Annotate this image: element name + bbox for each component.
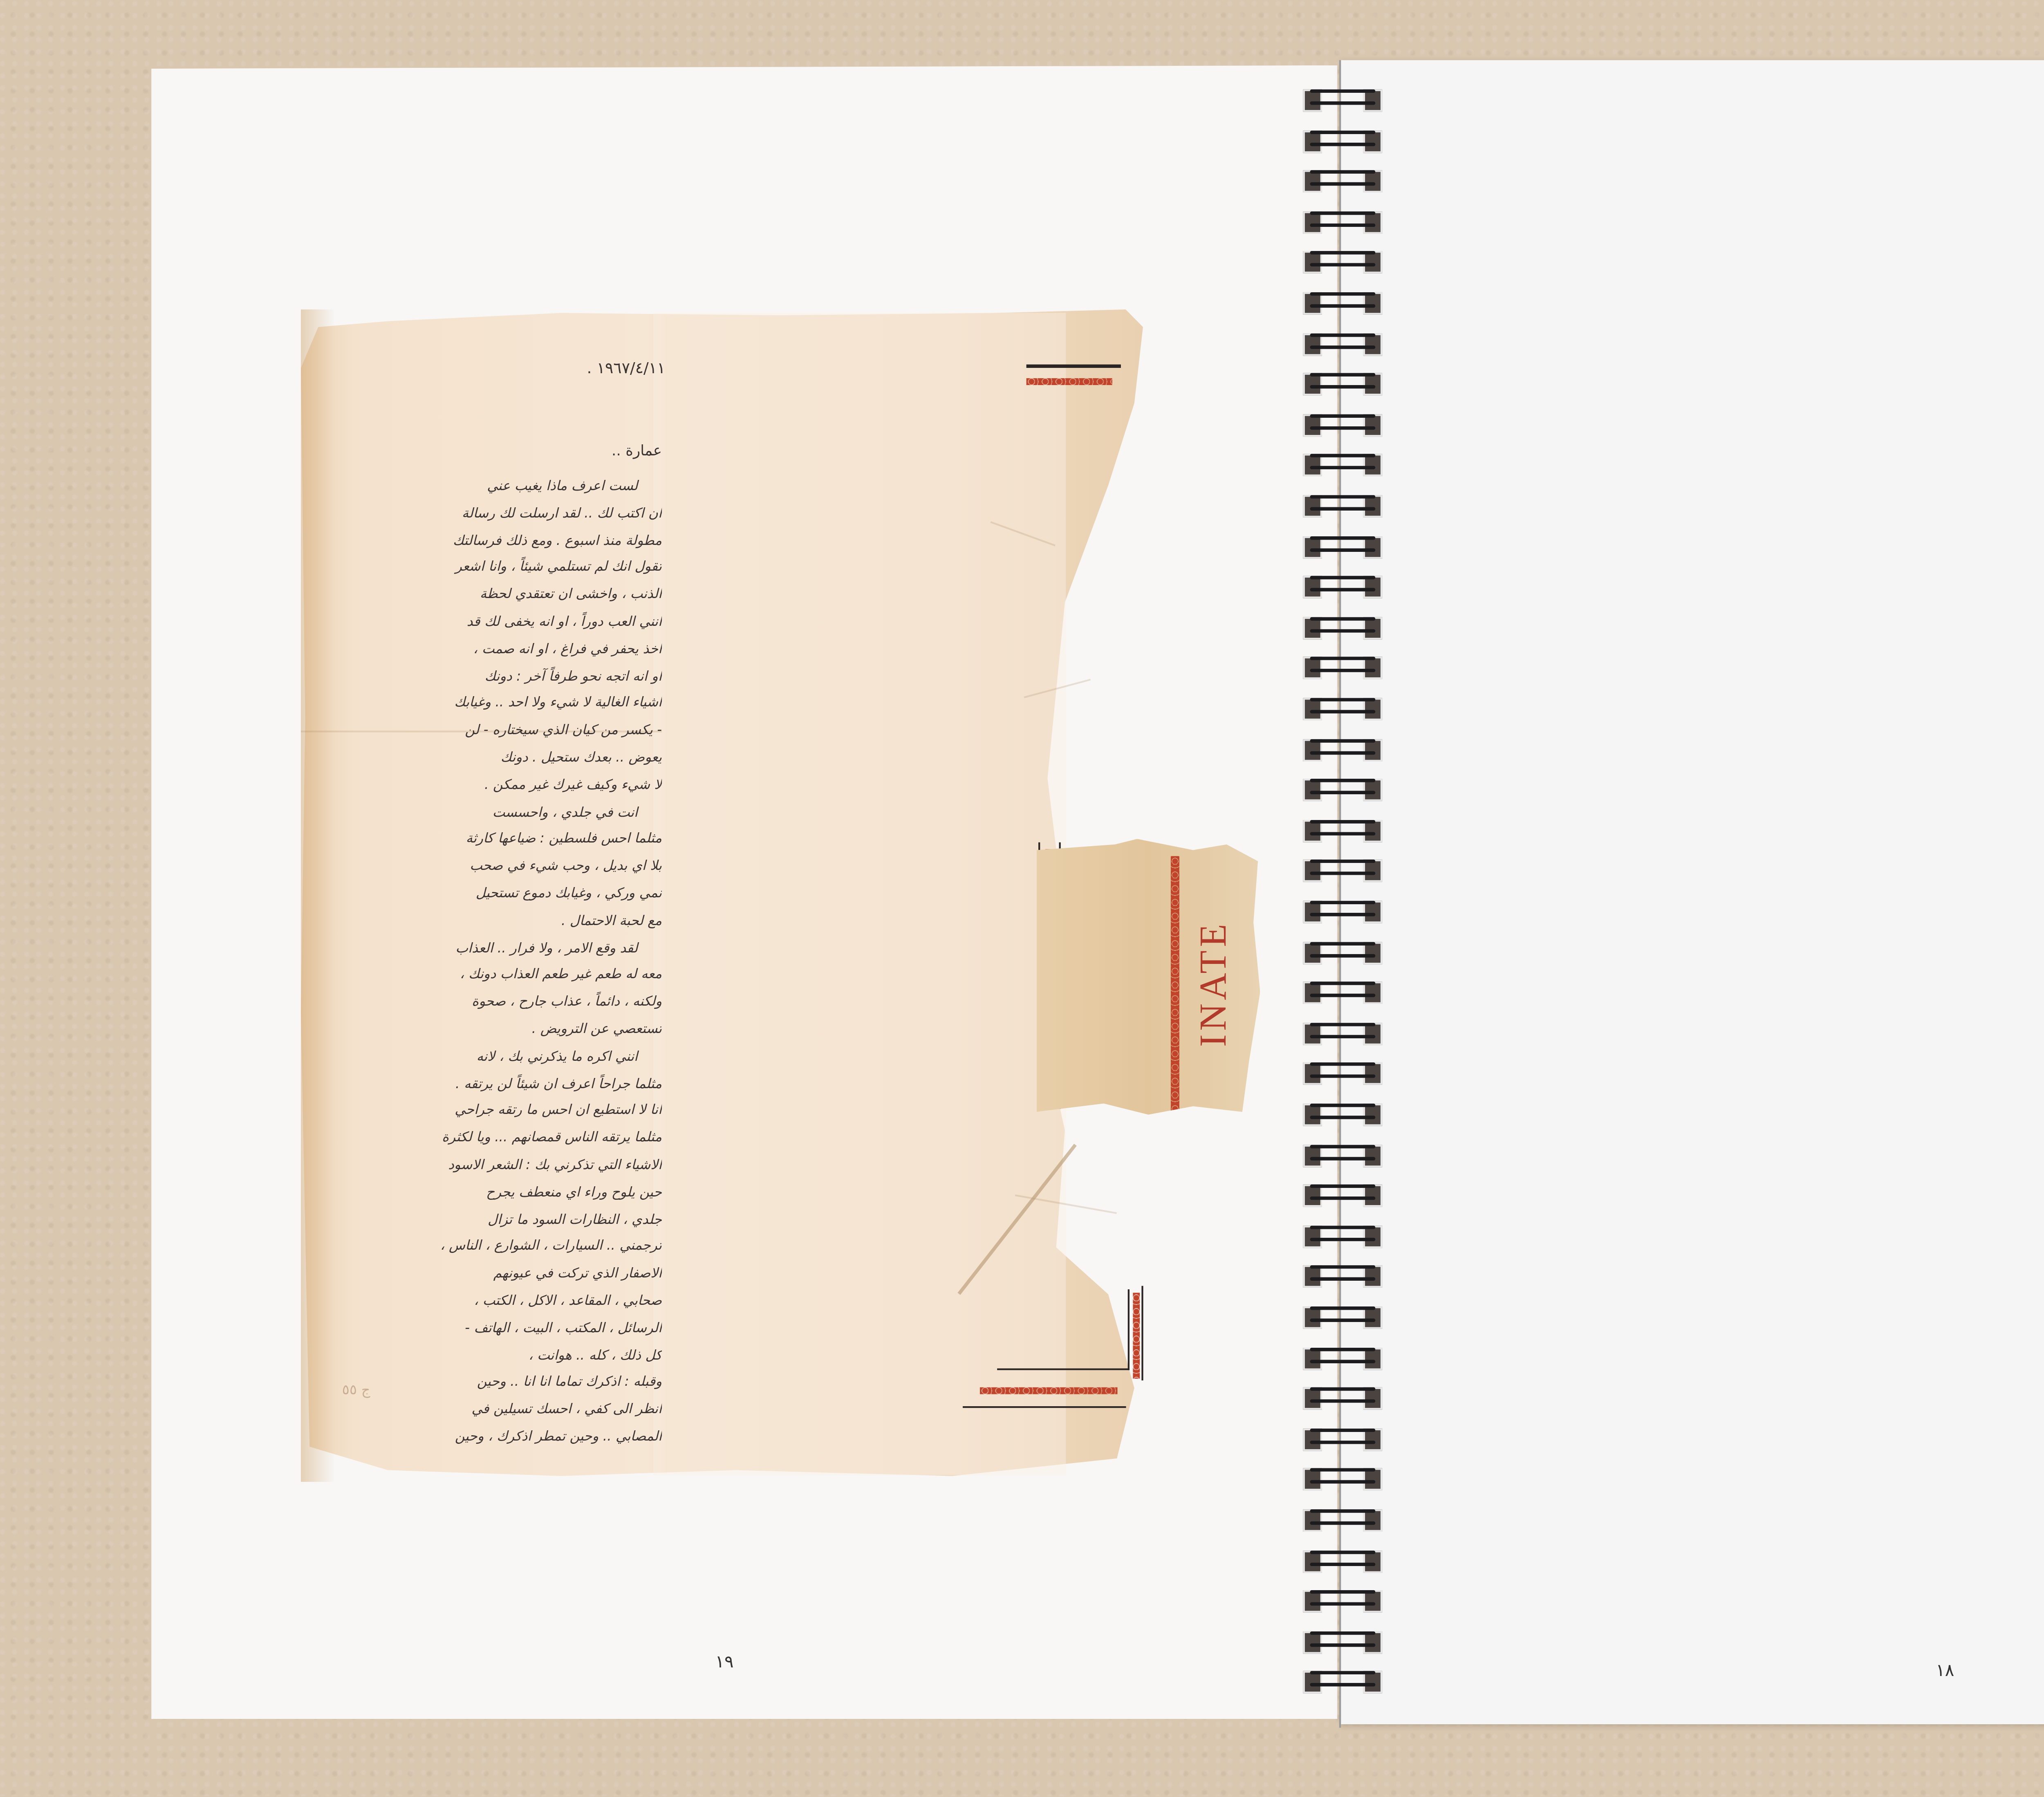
wire-strand <box>1310 1116 1376 1119</box>
letter-greeting: عمارة .. <box>612 444 662 461</box>
spiral-loop <box>1296 1019 1389 1043</box>
letter-line: مثلما يرتقه الناس قمصانهم ... ويا لكثرة <box>335 1125 662 1152</box>
wire-strand <box>1310 617 1376 620</box>
punch-hole <box>1303 1469 1322 1491</box>
punch-hole <box>1303 1591 1322 1613</box>
wire-strand <box>1310 1237 1376 1241</box>
wire-strand <box>1310 941 1376 945</box>
letter-line: الاشياء التي تذكرني بك : الشعر الاسود <box>335 1152 662 1179</box>
wire-strand <box>1310 345 1376 348</box>
wire-strand <box>1310 1631 1376 1634</box>
punch-hole <box>1363 1388 1382 1410</box>
wire-strand <box>1310 304 1376 307</box>
wire-strand <box>1310 1306 1376 1310</box>
wire-strand <box>1310 495 1376 498</box>
spiral-loop <box>1296 775 1389 800</box>
printed-red-ornament <box>1026 378 1112 385</box>
wire-strand <box>1310 1347 1376 1350</box>
spiral-loop <box>1296 1506 1389 1530</box>
wire-strand <box>1310 1591 1376 1594</box>
wire-strand <box>1310 751 1376 754</box>
punch-hole <box>1303 860 1322 883</box>
printed-red-ornament <box>980 1387 1117 1394</box>
letter-line: وقبله : اذكرك تماما انا انا .. وحين <box>335 1369 662 1396</box>
wire-strand <box>1310 1550 1376 1553</box>
spiral-loop <box>1296 613 1389 637</box>
right-page: ١٨ <box>1341 60 2044 1724</box>
wire-strand <box>1310 901 1376 904</box>
letter-line: ان اكتب لك .. لقد ارسلت لك رسالة <box>335 500 662 527</box>
punch-hole <box>1363 1063 1382 1086</box>
letter-line: بلا اي بديل ، وحب شيء في صحب <box>335 853 662 880</box>
spiral-loop <box>1296 857 1389 881</box>
spiral-loop <box>1296 410 1389 435</box>
spiral-loop <box>1296 370 1389 394</box>
punch-hole <box>1363 860 1382 883</box>
letter-line: تستعصي عن الترويض . <box>335 1016 662 1043</box>
punch-hole <box>1363 252 1382 274</box>
letter-line: انني اكره ما يذكرني بك ، لانه <box>335 1043 662 1070</box>
printed-border-line <box>1128 1289 1130 1370</box>
wire-strand <box>1310 1359 1376 1362</box>
punch-hole <box>1303 455 1322 477</box>
wire-strand <box>1310 779 1376 782</box>
wire-strand <box>1310 1226 1376 1229</box>
printed-border-line <box>963 1406 1126 1408</box>
wire-strand <box>1310 1509 1376 1512</box>
spiral-loop <box>1296 1060 1389 1084</box>
letter-line: - يكسر من كيان الذي سيختاره - لن <box>335 717 662 744</box>
punch-hole <box>1363 373 1382 396</box>
paper-stain-edge <box>301 309 335 1482</box>
spiral-loop <box>1296 126 1389 150</box>
punch-hole <box>1363 1591 1382 1613</box>
spiral-loop <box>1296 1303 1389 1327</box>
wire-strand <box>1310 90 1376 93</box>
letter-line: صحابي ، المقاعد ، الاكل ، الكتب ، <box>335 1287 662 1314</box>
letter-line: لا شيء وكيف غيرك غير ممكن . <box>335 771 662 798</box>
wire-strand <box>1310 588 1376 592</box>
pencil-annotation: ج ٥٥ <box>342 1382 370 1398</box>
letter-line: مثلما جراحاً اعرف ان شيئاً لن يرتقه . <box>335 1070 662 1097</box>
punch-hole <box>1303 1266 1322 1288</box>
wire-strand <box>1310 1022 1376 1026</box>
wire-strand <box>1310 1035 1376 1038</box>
wire-strand <box>1310 820 1376 823</box>
letter-line: مطولة منذ اسبوع . ومع ذلك فرسالتك <box>335 527 662 554</box>
wire-strand <box>1310 101 1376 105</box>
punch-hole <box>1303 576 1322 599</box>
wire-strand <box>1310 1428 1376 1432</box>
wire-strand <box>1310 982 1376 985</box>
spiral-loop <box>1296 289 1389 313</box>
punch-hole <box>1363 455 1382 477</box>
letter-line: ترجمني .. السيارات ، الشوارع ، الناس ، <box>335 1233 662 1260</box>
letter-line: انني العب دوراً ، او انه يخفى لك قد <box>335 609 662 636</box>
printed-border-line <box>1026 365 1121 368</box>
wire-strand <box>1310 548 1376 551</box>
wire-strand <box>1310 739 1376 742</box>
letter-line: انت في جلدي ، واحسست <box>335 799 662 826</box>
wire-strand <box>1310 953 1376 957</box>
spiral-loop <box>1296 1181 1389 1205</box>
spiral-loop <box>1296 1668 1389 1692</box>
printed-red-ornament <box>1133 1293 1140 1378</box>
aged-letter-document: INATE ١٩٦٧/٤/١١ . عمارة .. لست اعرف ماذا… <box>301 309 1169 1482</box>
letter-body: لست اعرف ماذا يغيب عنيان اكتب لك .. لقد … <box>335 473 662 1450</box>
letter-line: الاصفار الذي تركت في عيونهم <box>335 1260 662 1287</box>
letter-line: ولكنه ، دائماً ، عذاب جارح ، صحوة <box>335 989 662 1016</box>
wire-strand <box>1310 414 1376 417</box>
wire-strand <box>1310 576 1376 580</box>
wire-strand <box>1310 1400 1376 1403</box>
tape-overlay <box>653 313 1066 1475</box>
letter-line: مع لحبة الاحتمال . <box>335 907 662 934</box>
spiral-loop <box>1296 1546 1389 1571</box>
wire-strand <box>1310 1562 1376 1565</box>
spiral-loop <box>1296 329 1389 354</box>
punch-hole <box>1303 779 1322 802</box>
wire-strand <box>1310 1602 1376 1606</box>
wire-strand <box>1310 791 1376 794</box>
spiral-binding <box>1296 86 1389 1728</box>
wire-strand <box>1310 292 1376 296</box>
fragment-printed-text: INATE <box>1188 880 1239 1087</box>
letter-line: انظر الى كفي ، احسك تسيلين في <box>335 1396 662 1423</box>
letter-line: جلدي ، النظارات السود ما تزال <box>335 1206 662 1233</box>
letter-line: الرسائل ، المكتب ، البيت ، الهاتف - <box>335 1315 662 1342</box>
wire-strand <box>1310 426 1376 429</box>
spiral-loop <box>1296 86 1389 110</box>
spiral-loop <box>1296 1384 1389 1408</box>
punch-hole <box>1363 1185 1382 1207</box>
wire-strand <box>1310 1521 1376 1525</box>
spiral-loop <box>1296 735 1389 759</box>
wire-strand <box>1310 211 1376 214</box>
wire-strand <box>1310 994 1376 997</box>
letter-line: يعوض .. بعدك ستحيل . دونك <box>335 744 662 771</box>
wire-strand <box>1310 629 1376 632</box>
punch-hole <box>1303 252 1322 274</box>
punch-hole <box>1363 1672 1382 1694</box>
letter-line: مثلما احس فلسطين : ضياعها كارثة <box>335 826 662 853</box>
letter-line: اخذ يحفر في فراغ ، او انه صمت ، <box>335 636 662 663</box>
spiral-loop <box>1296 1425 1389 1449</box>
punch-hole <box>1303 1185 1322 1207</box>
punch-hole <box>1303 982 1322 1004</box>
letter-line: كل ذلك ، كله .. هوانت ، <box>335 1342 662 1369</box>
punch-hole <box>1303 373 1322 396</box>
punch-hole <box>1363 170 1382 193</box>
punch-hole <box>1363 1469 1382 1491</box>
letter-line: نمي وركي ، وغيابك دموع تستحيل <box>335 880 662 907</box>
wire-strand <box>1310 1319 1376 1322</box>
wire-strand <box>1310 223 1376 226</box>
wire-strand <box>1310 1440 1376 1443</box>
spiral-loop <box>1296 573 1389 597</box>
spiral-loop <box>1296 167 1389 191</box>
spiral-loop <box>1296 1344 1389 1368</box>
punch-hole <box>1363 576 1382 599</box>
spiral-loop <box>1296 1628 1389 1652</box>
wire-strand <box>1310 1185 1376 1188</box>
punch-hole <box>1363 657 1382 680</box>
spiral-loop <box>1296 1587 1389 1611</box>
letter-line: انا لا استطيع ان احس ما رتقه جراحي <box>335 1097 662 1124</box>
spiral-loop <box>1296 1222 1389 1246</box>
punch-hole <box>1363 1266 1382 1288</box>
punch-hole <box>1303 1388 1322 1410</box>
wire-strand <box>1310 1156 1376 1160</box>
spiral-loop <box>1296 979 1389 1003</box>
wire-strand <box>1310 710 1376 713</box>
letter-line: او انه اتجه نحو طرفاً آخر : دونك <box>335 663 662 690</box>
wire-strand <box>1310 1104 1376 1107</box>
punch-hole <box>1363 779 1382 802</box>
spiral-loop <box>1296 451 1389 475</box>
letter-line: المصابي .. وحين تمطر اذكرك ، وحين <box>335 1423 662 1450</box>
punch-hole <box>1303 1672 1322 1694</box>
punch-hole <box>1303 657 1322 680</box>
wire-strand <box>1310 507 1376 511</box>
torn-printed-fragment: INATE <box>1037 839 1260 1117</box>
book-spread-photo: ١٩ ١٨ INATE ١٩٦٧/٤/١١ . عمار <box>0 0 2044 1797</box>
spiral-loop <box>1296 1141 1389 1165</box>
wire-strand <box>1310 170 1376 174</box>
letter-line: لقد وقع الامر ، ولا فرار .. العذاب <box>335 934 662 961</box>
wire-strand <box>1310 373 1376 376</box>
spiral-loop <box>1296 816 1389 840</box>
letter-line: معه له طعم غير طعم العذاب دونك ، <box>335 961 662 988</box>
printed-red-ornament <box>1171 856 1179 1114</box>
letter-line: حين يلوح وراء اي منعطف يجرح <box>335 1179 662 1206</box>
wire-strand <box>1310 130 1376 133</box>
wire-strand <box>1310 385 1376 389</box>
spiral-loop <box>1296 654 1389 678</box>
spiral-loop <box>1296 1465 1389 1490</box>
wire-strand <box>1310 183 1376 186</box>
letter-line: لست اعرف ماذا يغيب عني <box>335 473 662 500</box>
letter-line: الذنب ، واخشى ان تعتقدي لحظة <box>335 581 662 608</box>
spiral-loop <box>1296 1100 1389 1124</box>
wire-strand <box>1310 333 1376 336</box>
spiral-loop <box>1296 532 1389 556</box>
spiral-loop <box>1296 695 1389 719</box>
left-page-number: ١٩ <box>715 1654 733 1673</box>
spiral-loop <box>1296 248 1389 272</box>
punch-hole <box>1303 1063 1322 1086</box>
wire-strand <box>1310 1197 1376 1200</box>
printed-border-line <box>1141 1286 1143 1380</box>
wire-strand <box>1310 698 1376 701</box>
wire-strand <box>1310 1388 1376 1391</box>
letter-line: اشياء الغالية لا شيء ولا احد .. وغيابك <box>335 690 662 717</box>
wire-strand <box>1310 536 1376 539</box>
spiral-loop <box>1296 897 1389 921</box>
wire-strand <box>1310 913 1376 916</box>
letter-line: تقول انك لم تستلمي شيئاً ، وانا اشعر <box>335 554 662 581</box>
wire-strand <box>1310 1144 1376 1147</box>
printed-border-line <box>997 1368 1130 1370</box>
right-page-number: ١٨ <box>1936 1663 1954 1681</box>
spiral-loop <box>1296 1262 1389 1286</box>
wire-strand <box>1310 142 1376 145</box>
spiral-loop <box>1296 492 1389 516</box>
punch-hole <box>1303 170 1322 193</box>
wire-strand <box>1310 1643 1376 1647</box>
letter-date: ١٩٦٧/٤/١١ . <box>587 361 666 378</box>
spiral-loop <box>1296 938 1389 962</box>
punch-hole <box>1363 982 1382 1004</box>
wire-strand <box>1310 832 1376 835</box>
spiral-loop <box>1296 208 1389 232</box>
